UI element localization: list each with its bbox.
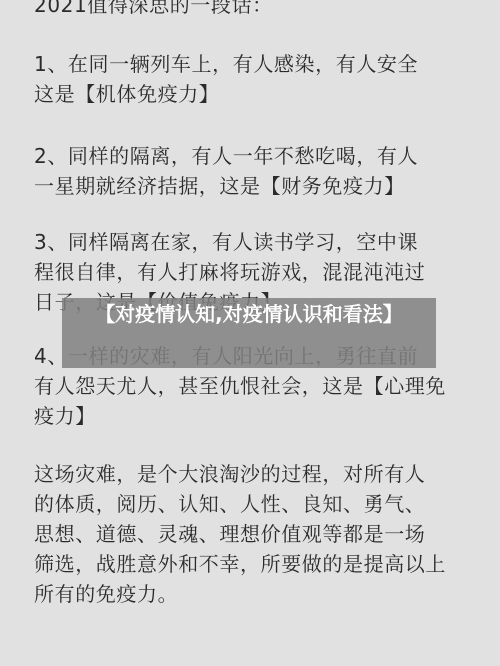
- text-line: 筛选，战胜意外和不幸，所要做的是提高以上: [34, 550, 446, 578]
- text-line: 疫力】: [34, 402, 96, 430]
- title-overlay-banner: 【对疫情认知,对疫情认识和看法】: [62, 298, 436, 368]
- text-line: 所有的免疫力。: [34, 580, 178, 608]
- text-line: 程很自律，有人打麻将玩游戏，混混沌沌过: [34, 258, 425, 286]
- text-line: 1、在同一辆列车上，有人感染，有人安全: [34, 50, 418, 78]
- text-line: 这场灾难，是个大浪淘沙的过程，对所有人: [34, 460, 425, 488]
- text-line: 这是【机体免疫力】: [34, 80, 219, 108]
- text-line: 的体质，阅历、认知、人性、良知、勇气、: [34, 490, 425, 518]
- text-line: 3、同样隔离在家，有人读书学习，空中课: [34, 228, 418, 256]
- text-line: 有人怨天尤人，甚至仇恨社会，这是【心理免: [34, 372, 446, 400]
- document-heading: 2021值得深思的一段话：: [34, 0, 273, 19]
- overlay-title: 【对疫情认知,对疫情认识和看法】: [69, 298, 429, 328]
- text-line: 一星期就经济拮据，这是【财务免疫力】: [34, 172, 405, 200]
- text-line: 2、同样的隔离，有人一年不愁吃喝，有人: [34, 142, 418, 170]
- text-line: 思想、道德、灵魂、理想价值观等都是一场: [34, 520, 425, 548]
